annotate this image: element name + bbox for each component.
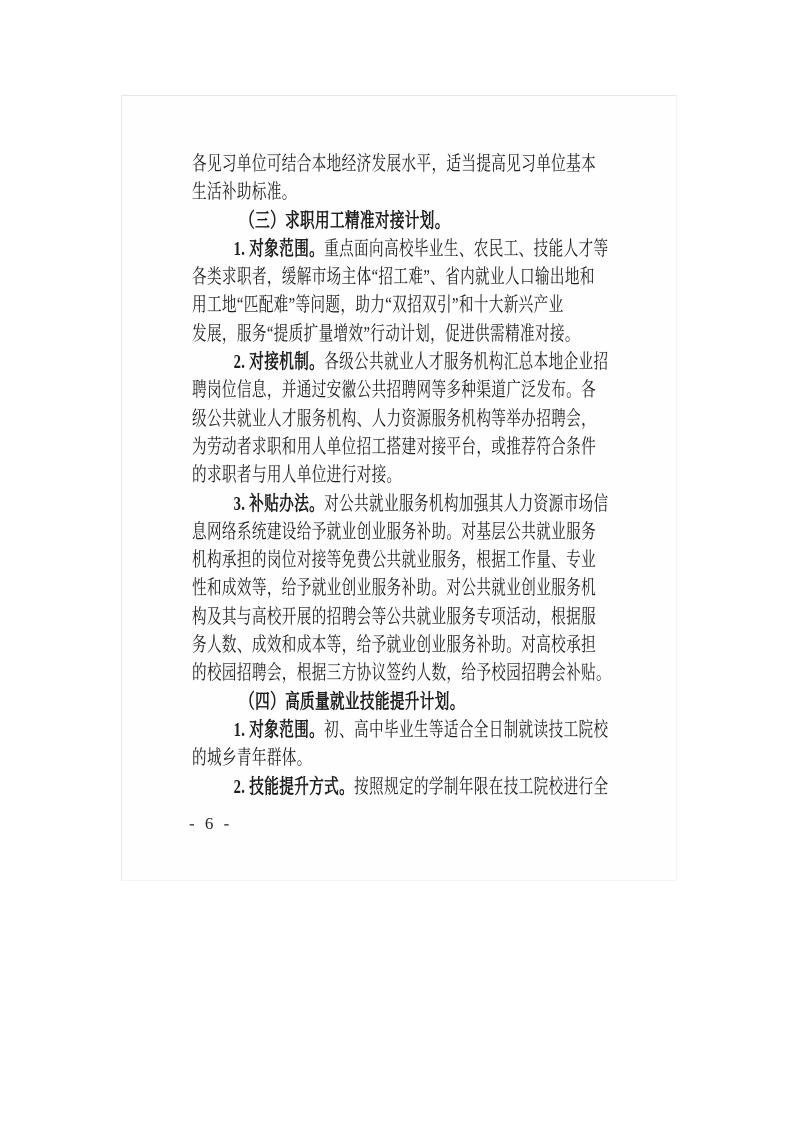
text-line: 机构承担的岗位对接等免费公共就业服务，根据工作量、专业 (192, 546, 614, 574)
document-viewer: 各见习单位可结合本地经济发展水平，适当提高见习单位基本生活补助标准。（三）求职用… (0, 0, 793, 1122)
section-heading-line: （四）高质量就业技能提升计划。 (192, 688, 614, 716)
text-line: 务人数、成效和成本等，给予就业创业服务补助。对高校承担 (192, 631, 614, 659)
item-label: 1. 对象范围。 (234, 719, 325, 741)
section-heading-line: （三）求职用工精准对接计划。 (192, 207, 614, 235)
text-line: 1. 对象范围。重点面向高校毕业生、农民工、技能人才等 (192, 235, 614, 263)
text-line: 级公共就业人才服务机构、人力资源服务机构等举办招聘会， (192, 405, 614, 433)
item-label: 1. 对象范围。 (234, 238, 325, 260)
text-line: 构及其与高校开展的招聘会等公共就业服务专项活动，根据服 (192, 603, 614, 631)
text-line: 用工地“匹配难”等问题，助力“双招双引”和十大新兴产业 (192, 291, 614, 319)
text-line: 1. 对象范围。初、高中毕业生等适合全日制就读技工院校 (192, 716, 614, 744)
text-line: 的城乡青年群体。 (192, 744, 614, 772)
text-lines: 各见习单位可结合本地经济发展水平，适当提高见习单位基本生活补助标准。（三）求职用… (192, 150, 614, 801)
item-label: 2. 对接机制。 (234, 351, 325, 373)
text-line: 息网络系统建设给予就业创业服务补助。对基层公共就业服务 (192, 518, 614, 546)
text-line: 生活补助标准。 (192, 178, 614, 206)
text-line: 为劳动者求职和用人单位招工搭建对接平台，或推荐符合条件 (192, 433, 614, 461)
text-line: 的校园招聘会，根据三方协议签约人数，给予校园招聘会补贴。 (192, 659, 614, 687)
text-line: 各见习单位可结合本地经济发展水平，适当提高见习单位基本 (192, 150, 614, 178)
item-label: 3. 补贴办法。 (234, 493, 325, 515)
text-line: 各类求职者，缓解市场主体“招工难”、省内就业人口输出地和 (192, 263, 614, 291)
text-line: 的求职者与用人单位进行对接。 (192, 461, 614, 489)
page-number: - 6 - (189, 814, 232, 834)
text-line: 3. 补贴办法。对公共就业服务机构加强其人力资源市场信 (192, 490, 614, 518)
text-line: 2. 技能提升方式。按照规定的学制年限在技工院校进行全 (192, 773, 614, 801)
item-label: 2. 技能提升方式。 (234, 776, 354, 798)
text-line: 2. 对接机制。各级公共就业人才服务机构汇总本地企业招 (192, 348, 614, 376)
text-line: 性和成效等，给予就业创业服务补助。对公共就业创业服务机 (192, 574, 614, 602)
text-line: 聘岗位信息，并通过安徽公共招聘网等多种渠道广泛发布。各 (192, 376, 614, 404)
text-line: 发展，服务“提质扩量增效”行动计划，促进供需精准对接。 (192, 320, 614, 348)
